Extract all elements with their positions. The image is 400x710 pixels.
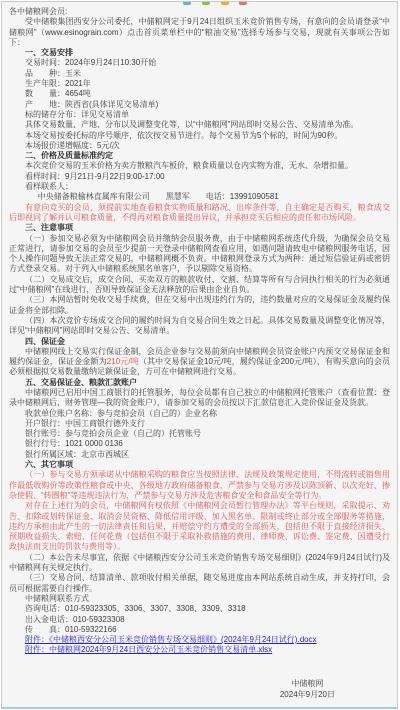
paragraph: （一）参与交易方须承诺从中储粮采购的粮食应当按照法律、法规及政策规定使用，不得流… [9, 470, 390, 501]
paragraph: （四）本次竞价专场成交合同的履约时间为自交易合同生效之日起。具体交易数量及调整变… [9, 316, 390, 337]
paragraph: 交易时间：2024年9月24日10:30开始 [9, 58, 390, 68]
attachment-link[interactable]: 附件：《中储粮西安分公司玉米竞价销售专场交易细则》(2024年9月24日试行).… [9, 635, 390, 645]
paragraph: （二）交易成交后，成交合同、买卖双方的粮款收付、交割、结算等所有与合同执行相关的… [9, 275, 390, 296]
paragraph: 中储粮网联系方式 [9, 594, 390, 604]
paragraph: 传 真：010-59322166 [9, 625, 390, 635]
paragraph: 本场报价递增幅度：5元/次 [9, 141, 390, 151]
paragraph: 开户银行：中国工商银行德外支行 [9, 419, 390, 429]
paragraph: 看样时间：9月21日-9月22日9:00-17:00 [9, 172, 390, 182]
paragraph: 中储粮网线上交易实行保证金制，会员企业参与交易前须向中储粮网会员资金账户内预交交… [9, 347, 390, 378]
paragraph: 数 量：4654吨 [9, 89, 390, 99]
signature-org: 中储粮网 [280, 679, 335, 690]
signature-block: 中储粮网 2024年9月20日 [280, 679, 335, 700]
section-heading: 四、保证金 [9, 337, 390, 347]
signature-date: 2024年9月20日 [280, 690, 335, 701]
paragraph: （二）本公告未尽事宜，依据《中储粮西安分公司玉米竞价销售专场交易细则》(2024… [9, 553, 390, 574]
paragraph: （三）交易合同、结算清单、款项收付相关单据，随交易进度由本网站系统自动生成，并支… [9, 573, 390, 594]
highlight-red-text: 210元/吨 [107, 357, 139, 366]
paragraph: 本次竞价交易的玉米价格为卖方散粮汽车板价，粮食质量以仓内实物为准，无水、杂增扣量… [9, 161, 390, 171]
notice-page: 各中储粮网会员:受中储粮集团西安分公司委托，中储粮网定于9月24日组织玉米竞价销… [1, 1, 398, 709]
paragraph: 收款单位账户名称：参与竞拍会员（自己的）企业名称 [9, 409, 390, 419]
attachment-link[interactable]: 附件：中储粮网2024年9月24日西安分公司玉米竞价销售交易清单.xlsx [9, 645, 390, 655]
paragraph: 本场交易按委托标的序号顺序，依次按交易节进行。每个交易节为5个标的，时间为90秒… [9, 131, 390, 141]
paragraph: 品 种：玉米 [9, 69, 390, 79]
section-heading: 六、其它事项 [9, 460, 390, 470]
paragraph: 生产年限：2021年 [9, 79, 390, 89]
paragraph: 中储粮网已启用中国工商银行的托管服务，每位会员都有自己独立的中储粮网托管账户（查… [9, 388, 390, 409]
section-heading: 一、交易安排 [9, 48, 390, 58]
paragraph: 各中储粮网会员: [9, 7, 390, 17]
paragraph: 咨询电话：010-59323305、3306、3307、3308、3309、33… [9, 604, 390, 614]
paragraph: （三）本网站暂时免收交易手续费，但在交易中出现违约行为的，违约数量对应的交易保证… [9, 295, 390, 316]
paragraph: 标的储存分布：详见交易清单 [9, 110, 390, 120]
paragraph: 受中储粮集团西安分公司委托，中储粮网定于9月24日组织玉米竞价销售专场，有意向的… [9, 17, 390, 48]
paragraph: 具体交易数量、产地、分布以及调整变化等，以“中储粮网”网站即时交易公告、交易清单… [9, 120, 390, 130]
paragraph: 银行账号：参与竞拍会员企业（自己的）托管账号 [9, 429, 390, 439]
section-heading: 二、价格及质量标准约定 [9, 151, 390, 161]
section-heading: 五、交易保证金、粮款汇款账户 [9, 378, 390, 388]
paragraph: 出入金电话：010-59323308 [9, 615, 390, 625]
paragraph: （一）参加交易必须为中储粮网会员并缴纳会员服务费，由于中储粮网系统迭代升级，为确… [9, 234, 390, 275]
paragraph: 银行行号：1021 0000 0136 [9, 439, 390, 449]
paragraph: 对存在上述行为的会员，中储粮网有权依照《中储粮网会员暂行管理办法》等平台规则，采… [9, 501, 390, 552]
paragraph: 银行所属区域：北京市西城区 [9, 450, 390, 460]
paragraph: 看样联系人： [9, 182, 390, 192]
document-body: 各中储粮网会员:受中储粮集团西安分公司委托，中储粮网定于9月24日组织玉米竞价销… [2, 2, 397, 656]
paragraph: 有意向竞买的会员，须提前实地查看粮食实物质量和路况、出库条件等，自主确定是否购买… [9, 203, 390, 224]
paragraph: 产 地：陕西省(具体详见交易清单) [9, 100, 390, 110]
section-heading: 三、注意事项 [9, 223, 390, 233]
paragraph: 中央储备粮榆林直属库有限公司 黑慧军 电话：13991090581 [9, 192, 390, 202]
